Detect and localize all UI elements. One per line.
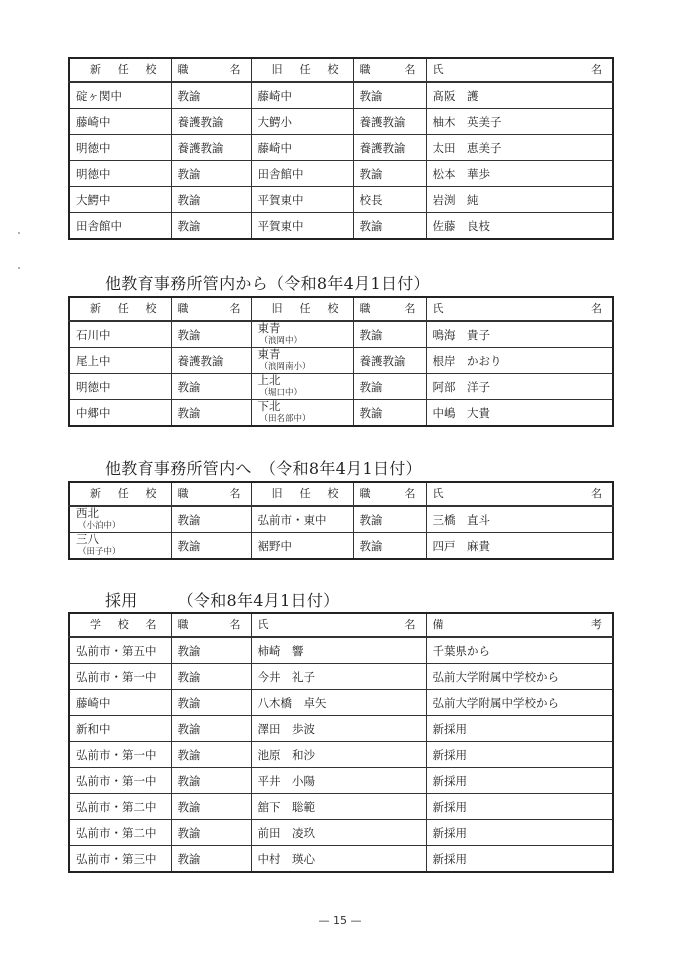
header-name: 氏名 [426,297,613,321]
header-remarks: 備考 [426,613,613,637]
header-old-school: 旧任校 [251,482,353,506]
header-char: 校 [328,64,339,76]
cell-new-school: 碇ヶ関中 [69,82,171,109]
header-char: 氏 [433,303,444,315]
hiring-table: 学校名 職名 氏名 備考 弘前市・第五中 教諭 柿崎 響 千葉県から 弘前市・第… [68,612,614,873]
cell-old-school: 平賀東中 [251,187,353,213]
header-char: 職 [178,64,189,76]
cell-school: 藤崎中 [69,690,171,716]
cell-school: 弘前市・第一中 [69,768,171,794]
header-char: 任 [300,64,311,76]
header-char: 職 [178,619,189,631]
header-old-position: 職名 [353,58,426,82]
header-char: 職 [178,488,189,500]
school-name: （小泊中） [78,520,171,532]
scan-mark [18,232,20,234]
cell-old-position: 養護教諭 [353,348,426,374]
cell-position: 教諭 [171,794,251,820]
header-char: 氏 [258,619,269,631]
cell-new-position: 教諭 [171,533,251,560]
cell-new-position: 教諭 [171,400,251,427]
header-char: 校 [146,64,157,76]
cell-name: 今井 礼子 [251,664,426,690]
cell-new-school: 三八（田子中） [69,533,171,560]
cell-school: 新和中 [69,716,171,742]
cell-position: 教諭 [171,768,251,794]
cell-new-school: 明徳中 [69,374,171,400]
cell-new-position: 教諭 [171,213,251,240]
cell-position: 教諭 [171,664,251,690]
cell-old-position: 教諭 [353,400,426,427]
header-char: 新 [90,488,101,500]
cell-remarks: 新採用 [426,768,613,794]
header-char: 氏 [433,64,444,76]
header-new-school: 新任校 [69,58,171,82]
header-char: 名 [230,619,241,631]
header-char: 新 [90,303,101,315]
cell-new-position: 養護教諭 [171,109,251,135]
section-title-from-other-office: 他教育事務所管内から（令和8年4月1日付） [105,271,430,294]
table-header-row: 学校名 職名 氏名 備考 [69,613,613,637]
cell-name: 前田 凌玖 [251,820,426,846]
cell-school: 弘前市・第五中 [69,637,171,664]
table-row: 藤崎中 養護教諭 大鰐小 養護教諭 柚木 英美子 [69,109,613,135]
cell-new-school: 石川中 [69,321,171,348]
cell-old-position: 教諭 [353,161,426,187]
cell-old-position: 教諭 [353,374,426,400]
table-row: 弘前市・第五中 教諭 柿崎 響 千葉県から [69,637,613,664]
section-title-hiring: 採用（令和8年4月1日付） [105,588,339,611]
table-row: 尾上中 養護教諭 東青（浪岡南小） 養護教諭 根岸 かおり [69,348,613,374]
office-name: 下北 [258,400,281,414]
cell-old-position: 教諭 [353,533,426,560]
header-char: 旧 [272,64,283,76]
cell-old-position: 養護教諭 [353,109,426,135]
table-header-row: 新任校 職名 旧任校 職名 氏名 [69,482,613,506]
table-row: 三八（田子中） 教諭 裾野中 教諭 四戸 麻貴 [69,533,613,560]
from-other-office-table: 新任校 職名 旧任校 職名 氏名 石川中 教諭 東青（浪岡中） 教諭 鳴海 貴子… [68,296,614,427]
cell-remarks: 新採用 [426,742,613,768]
cell-remarks: 新採用 [426,794,613,820]
header-new-position: 職名 [171,297,251,321]
cell-new-school: 中郷中 [69,400,171,427]
cell-old-position: 校長 [353,187,426,213]
header-new-position: 職名 [171,58,251,82]
header-char: 旧 [272,303,283,315]
header-char: 名 [591,488,602,500]
header-char: 任 [300,488,311,500]
header-new-school: 新任校 [69,297,171,321]
cell-name: 佐藤 良枝 [426,213,613,240]
table-row: 西北（小泊中） 教諭 弘前市・東中 教諭 三橋 直斗 [69,506,613,533]
cell-old-school: 平賀東中 [251,213,353,240]
cell-old-school: 藤崎中 [251,82,353,109]
cell-old-school: 上北（堀口中） [251,374,353,400]
cell-new-school: 藤崎中 [69,109,171,135]
header-char: 名 [230,488,241,500]
cell-new-school: 尾上中 [69,348,171,374]
cell-old-school: 裾野中 [251,533,353,560]
header-name: 氏名 [251,613,426,637]
scan-mark [18,267,20,269]
hiring-date: （令和8年4月1日付） [178,591,340,610]
cell-old-school: 田舎館中 [251,161,353,187]
table-row: 田舎館中 教諭 平賀東中 教諭 佐藤 良枝 [69,213,613,240]
cell-position: 教諭 [171,846,251,873]
header-old-position: 職名 [353,297,426,321]
cell-position: 教諭 [171,637,251,664]
cell-remarks: 弘前大学附属中学校から [426,664,613,690]
cell-school: 弘前市・第一中 [69,742,171,768]
table-row: 大鰐中 教諭 平賀東中 校長 岩渕 純 [69,187,613,213]
cell-name: 阿部 洋子 [426,374,613,400]
cell-old-position: 養護教諭 [353,135,426,161]
table-row: 弘前市・第二中 教諭 前田 凌玖 新採用 [69,820,613,846]
header-char: 名 [405,64,416,76]
cell-old-position: 教諭 [353,82,426,109]
header-name: 氏名 [426,482,613,506]
school-name: （堀口中） [260,387,353,399]
cell-new-position: 教諭 [171,161,251,187]
cell-old-school: 藤崎中 [251,135,353,161]
cell-old-position: 教諭 [353,321,426,348]
cell-old-position: 教諭 [353,213,426,240]
section-title-to-other-office: 他教育事務所管内へ （令和8年4月1日付） [105,456,422,479]
cell-remarks: 弘前大学附属中学校から [426,690,613,716]
cell-name: 八木橋 卓矢 [251,690,426,716]
cell-name: 四戸 麻貴 [426,533,613,560]
table-row: 藤崎中 教諭 八木橋 卓矢 弘前大学附属中学校から [69,690,613,716]
office-name: 東青 [258,348,281,362]
cell-new-position: 教諭 [171,82,251,109]
header-char: 備 [433,619,444,631]
header-old-school: 旧任校 [251,58,353,82]
cell-name: 柿崎 響 [251,637,426,664]
cell-old-school: 弘前市・東中 [251,506,353,533]
header-char: 職 [360,488,371,500]
table-row: 中郷中 教諭 下北（田名部中） 教諭 中嶋 大貴 [69,400,613,427]
header-char: 名 [591,303,602,315]
table-row: 石川中 教諭 東青（浪岡中） 教諭 鳴海 貴子 [69,321,613,348]
cell-remarks: 新採用 [426,846,613,873]
cell-new-position: 教諭 [171,506,251,533]
office-name: 東青 [258,321,281,335]
school-name: （浪岡南小） [260,361,353,373]
table-row: 新和中 教諭 澤田 歩波 新採用 [69,716,613,742]
table-row: 碇ヶ関中 教諭 藤崎中 教諭 髙阪 護 [69,82,613,109]
cell-new-school: 田舎館中 [69,213,171,240]
header-char: 名 [405,619,416,631]
cell-name: 岩渕 純 [426,187,613,213]
cell-school: 弘前市・第一中 [69,664,171,690]
cell-position: 教諭 [171,690,251,716]
table-row: 弘前市・第二中 教諭 舘下 聡範 新採用 [69,794,613,820]
office-name: 西北 [76,506,99,520]
header-char: 名 [405,488,416,500]
header-old-school: 旧任校 [251,297,353,321]
header-new-school: 新任校 [69,482,171,506]
header-char: 氏 [433,488,444,500]
cell-name: 太田 恵美子 [426,135,613,161]
cell-old-position: 教諭 [353,506,426,533]
school-name: （田子中） [78,546,171,558]
cell-old-school: 大鰐小 [251,109,353,135]
cell-position: 教諭 [171,742,251,768]
header-char: 校 [118,619,129,631]
header-name: 氏名 [426,58,613,82]
table-row: 弘前市・第一中 教諭 今井 礼子 弘前大学附属中学校から [69,664,613,690]
transfers-table: 新任校 職名 旧任校 職名 氏名 碇ヶ関中 教諭 藤崎中 教諭 髙阪 護 藤崎中… [68,57,614,240]
cell-remarks: 千葉県から [426,637,613,664]
table-header-row: 新任校 職名 旧任校 職名 氏名 [69,297,613,321]
header-char: 任 [118,303,129,315]
header-char: 職 [360,64,371,76]
header-char: 新 [90,64,101,76]
cell-name: 松本 華歩 [426,161,613,187]
cell-name: 鳴海 貴子 [426,321,613,348]
header-char: 任 [300,303,311,315]
cell-new-position: 養護教諭 [171,348,251,374]
cell-new-position: 養護教諭 [171,135,251,161]
header-char: 考 [591,619,602,631]
cell-name: 中村 瑛心 [251,846,426,873]
cell-position: 教諭 [171,820,251,846]
cell-new-position: 教諭 [171,187,251,213]
office-name: 上北 [258,374,281,388]
header-char: 学 [90,619,101,631]
header-old-position: 職名 [353,482,426,506]
table-row: 弘前市・第一中 教諭 池原 和沙 新採用 [69,742,613,768]
to-other-office-table: 新任校 職名 旧任校 職名 氏名 西北（小泊中） 教諭 弘前市・東中 教諭 三橋… [68,481,614,560]
cell-name: 平井 小陽 [251,768,426,794]
cell-name: 髙阪 護 [426,82,613,109]
table-header-row: 新任校 職名 旧任校 職名 氏名 [69,58,613,82]
cell-new-school: 明徳中 [69,135,171,161]
header-char: 名 [146,619,157,631]
cell-remarks: 新採用 [426,716,613,742]
cell-new-school: 明徳中 [69,161,171,187]
cell-position: 教諭 [171,716,251,742]
hiring-label: 採用 [105,591,138,610]
cell-new-position: 教諭 [171,321,251,348]
cell-new-school: 大鰐中 [69,187,171,213]
header-char: 職 [360,303,371,315]
header-school: 学校名 [69,613,171,637]
cell-name: 柚木 英美子 [426,109,613,135]
cell-remarks: 新採用 [426,820,613,846]
school-name: （浪岡中） [260,335,353,347]
cell-school: 弘前市・第二中 [69,794,171,820]
header-char: 校 [146,488,157,500]
table-row: 明徳中 教諭 上北（堀口中） 教諭 阿部 洋子 [69,374,613,400]
table-row: 弘前市・第三中 教諭 中村 瑛心 新採用 [69,846,613,873]
cell-new-position: 教諭 [171,374,251,400]
header-char: 名 [230,64,241,76]
cell-old-school: 東青（浪岡南小） [251,348,353,374]
school-name: （田名部中） [260,413,353,425]
header-char: 名 [230,303,241,315]
cell-old-school: 下北（田名部中） [251,400,353,427]
header-char: 旧 [272,488,283,500]
table-row: 明徳中 教諭 田舎館中 教諭 松本 華歩 [69,161,613,187]
cell-name: 澤田 歩波 [251,716,426,742]
header-new-position: 職名 [171,482,251,506]
cell-name: 根岸 かおり [426,348,613,374]
cell-old-school: 東青（浪岡中） [251,321,353,348]
cell-new-school: 西北（小泊中） [69,506,171,533]
cell-name: 三橋 直斗 [426,506,613,533]
header-char: 任 [118,488,129,500]
page-number: — 15 — [0,914,680,927]
cell-school: 弘前市・第三中 [69,846,171,873]
cell-name: 池原 和沙 [251,742,426,768]
header-position: 職名 [171,613,251,637]
cell-school: 弘前市・第二中 [69,820,171,846]
table-row: 弘前市・第一中 教諭 平井 小陽 新採用 [69,768,613,794]
header-char: 校 [328,488,339,500]
header-char: 職 [178,303,189,315]
office-name: 三八 [76,533,99,547]
header-char: 任 [118,64,129,76]
cell-name: 中嶋 大貴 [426,400,613,427]
header-char: 校 [146,303,157,315]
table-row: 明徳中 養護教諭 藤崎中 養護教諭 太田 恵美子 [69,135,613,161]
cell-name: 舘下 聡範 [251,794,426,820]
header-char: 校 [328,303,339,315]
header-char: 名 [591,64,602,76]
header-char: 名 [405,303,416,315]
